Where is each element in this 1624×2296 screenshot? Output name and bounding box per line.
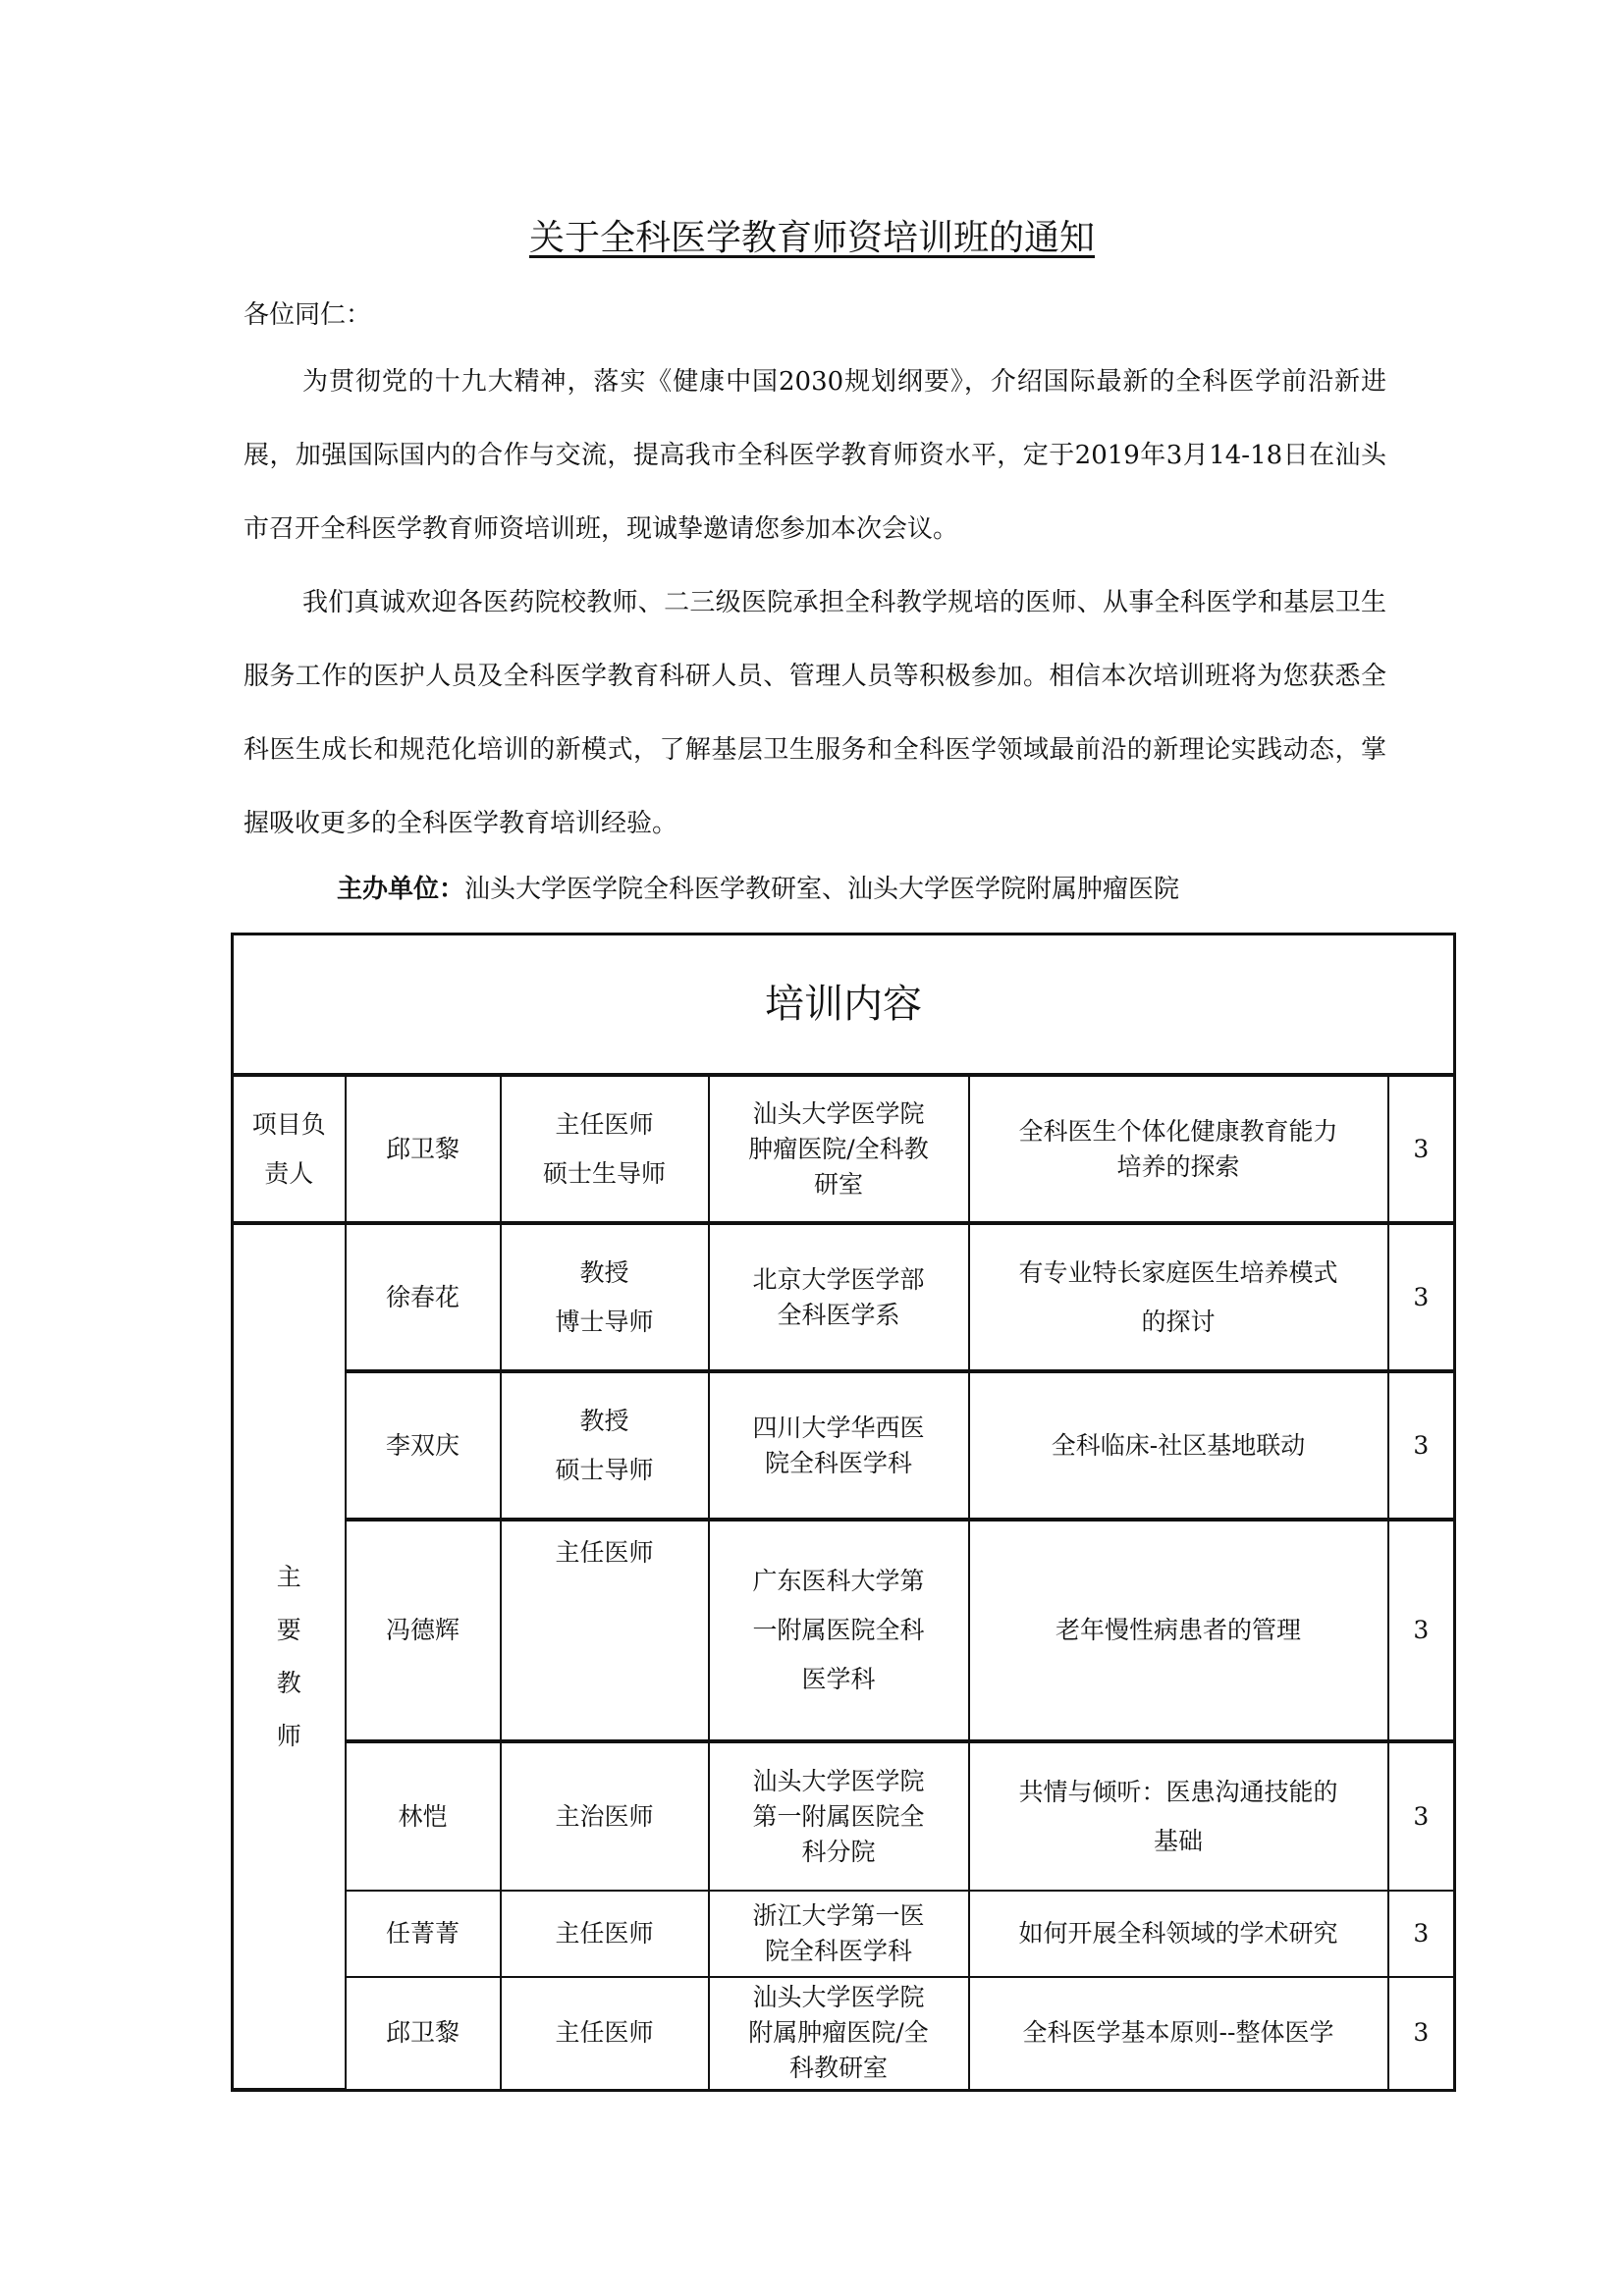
cell-unit: 北京大学医学部全科医学系 xyxy=(709,1223,969,1371)
paragraph-invitation: 我们真诚欢迎各医药院校教师、二三级医院承担全科教学规培的医师、从事全科医学和基层… xyxy=(244,566,1386,861)
paragraph-intro: 为贯彻党的十九大精神，落实《健康中国2030规划纲要》，介绍国际最新的全科医学前… xyxy=(244,346,1386,566)
cell-unit: 汕头大学医学院附属肿瘤医院/全科教研室 xyxy=(709,1977,969,2090)
cell-unit: 浙江大学第一医院全科医学科 xyxy=(709,1891,969,1977)
organizer-value: 汕头大学医学院全科医学教研室、汕头大学医学院附属肿瘤医院 xyxy=(464,875,1179,904)
cell-name: 李双庆 xyxy=(346,1371,501,1520)
organizer-label: 主办单位： xyxy=(337,875,464,904)
cell-hours: 3 xyxy=(1388,1223,1455,1371)
cell-hours: 3 xyxy=(1388,1891,1455,1977)
cell-unit: 汕头大学医学院第一附属医院全科分院 xyxy=(709,1741,969,1891)
cell-hours: 3 xyxy=(1388,1741,1455,1891)
cell-name: 邱卫黎 xyxy=(346,1075,501,1223)
cell-topic: 有专业特长家庭医生培养模式的探讨 xyxy=(969,1223,1388,1371)
cell-title: 主任医师 xyxy=(501,1891,709,1977)
leader-label: 项目负责人 xyxy=(233,1075,346,1223)
document-title: 关于全科医学教育师资培训班的通知 xyxy=(0,210,1624,260)
cell-title: 主治医师 xyxy=(501,1741,709,1891)
table-row-leader: 项目负责人 邱卫黎 主任医师硕士生导师 汕头大学医学院肿瘤医院/全科教研室 全科… xyxy=(233,1075,1455,1223)
cell-title: 主任医师硕士生导师 xyxy=(501,1075,709,1223)
cell-topic: 全科医生个体化健康教育能力培养的探索 xyxy=(969,1075,1388,1223)
salutation: 各位同仁： xyxy=(244,294,371,331)
cell-title: 主任医师 xyxy=(501,1520,709,1741)
table-row: 邱卫黎 主任医师 汕头大学医学院附属肿瘤医院/全科教研室 全科医学基本原则--整… xyxy=(233,1977,1455,2090)
cell-name: 林恺 xyxy=(346,1741,501,1891)
table-row: 林恺 主治医师 汕头大学医学院第一附属医院全科分院 共情与倾听：医患沟通技能的基… xyxy=(233,1741,1455,1891)
table-row: 李双庆 教授硕士导师 四川大学华西医院全科医学科 全科临床-社区基地联动 3 xyxy=(233,1371,1455,1520)
teachers-label: 主要教师 xyxy=(233,1223,346,2090)
cell-unit: 广东医科大学第一附属医院全科医学科 xyxy=(709,1520,969,1741)
cell-topic: 如何开展全科领域的学术研究 xyxy=(969,1891,1388,1977)
cell-hours: 3 xyxy=(1388,1520,1455,1741)
cell-name: 冯德辉 xyxy=(346,1520,501,1741)
table-row: 任菁菁 主任医师 浙江大学第一医院全科医学科 如何开展全科领域的学术研究 3 xyxy=(233,1891,1455,1977)
cell-name: 任菁菁 xyxy=(346,1891,501,1977)
cell-unit: 汕头大学医学院肿瘤医院/全科教研室 xyxy=(709,1075,969,1223)
cell-title: 教授博士导师 xyxy=(501,1223,709,1371)
cell-topic: 全科临床-社区基地联动 xyxy=(969,1371,1388,1520)
cell-hours: 3 xyxy=(1388,1977,1455,2090)
cell-hours: 3 xyxy=(1388,1075,1455,1223)
table-row: 主要教师 徐春花 教授博士导师 北京大学医学部全科医学系 有专业特长家庭医生培养… xyxy=(233,1223,1455,1371)
organizer-line: 主办单位：汕头大学医学院全科医学教研室、汕头大学医学院附属肿瘤医院 xyxy=(337,869,1179,905)
cell-title: 主任医师 xyxy=(501,1977,709,2090)
cell-topic: 全科医学基本原则--整体医学 xyxy=(969,1977,1388,2090)
table-header: 培训内容 xyxy=(233,934,1455,1076)
cell-name: 邱卫黎 xyxy=(346,1977,501,2090)
cell-hours: 3 xyxy=(1388,1371,1455,1520)
cell-topic: 老年慢性病患者的管理 xyxy=(969,1520,1388,1741)
table-row: 冯德辉 主任医师 广东医科大学第一附属医院全科医学科 老年慢性病患者的管理 3 xyxy=(233,1520,1455,1741)
cell-topic: 共情与倾听：医患沟通技能的基础 xyxy=(969,1741,1388,1891)
cell-unit: 四川大学华西医院全科医学科 xyxy=(709,1371,969,1520)
cell-title: 教授硕士导师 xyxy=(501,1371,709,1520)
cell-name: 徐春花 xyxy=(346,1223,501,1371)
training-table: 培训内容 项目负责人 邱卫黎 主任医师硕士生导师 汕头大学医学院肿瘤医院/全科教… xyxy=(231,933,1456,2092)
